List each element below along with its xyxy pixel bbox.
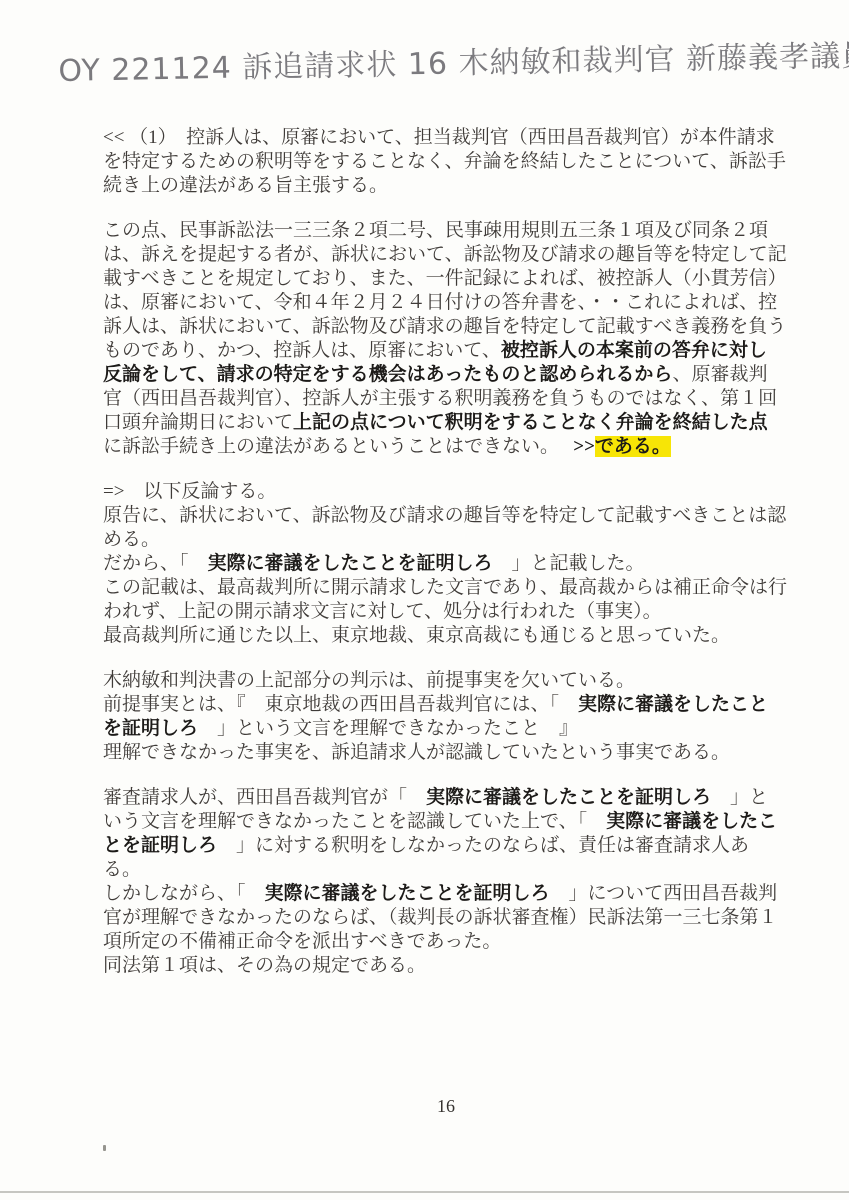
text-line: この点、民事訴訟法一三三条２項二号、民事疎用規則五三条１項及び同条２項: [103, 219, 809, 243]
text-line: しかしながら、「 実際に審議をしたことを証明しろ 」について西田昌吾裁判: [103, 882, 809, 906]
text-line: 反論をして、請求の特定をする機会はあったものと認められるから、原審裁判: [103, 363, 809, 387]
text-segment: 理解できなかった事実を、訴追請求人が認識していたという事実である。: [103, 742, 730, 763]
text-segment: 載すべきことを規定しており、また、一件記録によれば、被控訴人（小貫芳信）: [103, 268, 787, 289]
text-line: 同法第１項は、その為の規定である。: [103, 954, 809, 978]
text-segment: に訴訟手続き上の違法があるということはできない。: [103, 436, 573, 457]
text-segment: 審査請求人が、西田昌吾裁判官が「: [103, 787, 426, 808]
text-segment: 」に対する釈明をしなかったのならば、責任は審査請求人あ: [217, 835, 749, 856]
text-segment: 」と記載した。: [493, 553, 645, 574]
text-segment: 官が理解できなかったのならば、（裁判長の訴状審査権）民訴法第一三七条第１: [103, 907, 778, 928]
text-line: 審査請求人が、西田昌吾裁判官が「 実際に審議をしたことを証明しろ 」と: [103, 786, 809, 810]
text-segment: 前提事実とは、『 東京地裁の西田昌吾裁判官には、「: [103, 694, 578, 715]
text-line: ものであり、かつ、控訴人は、原審において、被控訴人の本案前の答弁に対し: [103, 339, 809, 363]
text-line: << （1） 控訴人は、原審において、担当裁判官（西田昌吾裁判官）が本件請求: [103, 126, 809, 150]
text-line: は、原審において、令和４年２月２４日付けの答弁書を、・・これによれば、控: [103, 291, 809, 315]
text-segment: 」と: [711, 787, 768, 808]
text-segment: は、訴えを提起する者が、訴状において、訴訟物及び請求の趣旨等を特定して記: [103, 244, 787, 265]
text-line: を証明しろ 」という文言を理解できなかったこと 』: [103, 717, 809, 741]
scanned-document-page: OY 221124 訴追請求状 16 木納敏和裁判官 新藤義孝議員 << （1）…: [0, 0, 849, 1200]
text-segment: 」という文言を理解できなかったこと 』: [198, 718, 578, 739]
paragraph: 木納敏和判決書の上記部分の判示は、前提事実を欠いている。前提事実とは、『 東京地…: [103, 669, 809, 765]
text-line: 前提事実とは、『 東京地裁の西田昌吾裁判官には、「 実際に審議をしたこと: [103, 693, 809, 717]
bold-text: を証明しろ: [103, 718, 198, 739]
scan-artifact-speck: [103, 1145, 106, 1151]
text-segment: われず、上記の開示請求文言に対して、処分は行われた（事実）。: [103, 601, 662, 622]
text-line: => 以下反論する。: [103, 480, 809, 504]
bold-text: 実際に審議をしたことを証明しろ: [208, 553, 493, 574]
text-segment: 同法第１項は、その為の規定である。: [103, 955, 426, 976]
paragraph: << （1） 控訴人は、原審において、担当裁判官（西田昌吾裁判官）が本件請求を特…: [103, 126, 809, 198]
bold-text: 実際に審議をしたことを証明しろ: [265, 883, 550, 904]
text-segment: しかしながら、「: [103, 883, 265, 904]
page-number: 16: [0, 1096, 849, 1117]
text-line: われず、上記の開示請求文言に対して、処分は行われた（事実）。: [103, 600, 809, 624]
text-segment: 口頭弁論期日において: [103, 412, 293, 433]
text-line: 官が理解できなかったのならば、（裁判長の訴状審査権）民訴法第一三七条第１: [103, 906, 809, 930]
text-segment: この記載は、最高裁判所に開示請求した文言であり、最高裁からは補正命令は行: [103, 577, 787, 598]
text-line: 口頭弁論期日において上記の点について釈明をすることなく弁論を終結した点: [103, 411, 809, 435]
text-segment: は、原審において、令和４年２月２４日付けの答弁書を、・・これによれば、控: [103, 292, 777, 313]
text-line: 訴人は、訴状において、訴訟物及び請求の趣旨を特定して記載すべき義務を負う: [103, 315, 809, 339]
text-line: 載すべきことを規定しており、また、一件記録によれば、被控訴人（小貫芳信）: [103, 267, 809, 291]
bold-text: >>: [573, 436, 595, 457]
text-line: 続き上の違法がある旨主張する。: [103, 174, 809, 198]
text-segment: 最高裁判所に通じた以上、東京地裁、東京高裁にも通じると思っていた。: [103, 625, 730, 646]
text-segment: 訴人は、訴状において、訴訟物及び請求の趣旨を特定して記載すべき義務を負う: [103, 316, 786, 337]
text-line: 理解できなかった事実を、訴追請求人が認識していたという事実である。: [103, 741, 809, 765]
text-line: とを証明しろ 」に対する釈明をしなかったのならば、責任は審査請求人あ: [103, 834, 809, 858]
text-line: 原告に、訴状において、訴訟物及び請求の趣旨等を特定して記載すべきことは認: [103, 504, 809, 528]
scan-edge-line: [0, 1191, 849, 1193]
text-line: める。: [103, 528, 809, 552]
bold-text: 反論をして、請求の特定をする機会はあったものと認められるから: [103, 364, 672, 385]
text-segment: いう文言を理解できなかったことを認識していた上で、「: [103, 811, 606, 832]
bold-text: 上記の点について釈明をすることなく弁論を終結した点: [293, 412, 768, 433]
bold-text: 実際に審議をしたこと: [578, 694, 768, 715]
text-segment: を特定するための釈明等をすることなく、弁論を終結したことについて、訴訟手: [103, 151, 786, 172]
text-segment: 項所定の不備補正命令を派出すべきであった。: [103, 931, 501, 952]
bold-text: 実際に審議をしたことを証明しろ: [426, 787, 711, 808]
text-line: 官（西田昌吾裁判官）、控訴人が主張する釈明義務を負うものではなく、第１回: [103, 387, 809, 411]
text-line: 木納敏和判決書の上記部分の判示は、前提事実を欠いている。: [103, 669, 809, 693]
bold-text: とを証明しろ: [103, 835, 217, 856]
text-segment: 原告に、訴状において、訴訟物及び請求の趣旨等を特定して記載すべきことは認: [103, 505, 786, 526]
document-body: << （1） 控訴人は、原審において、担当裁判官（西田昌吾裁判官）が本件請求を特…: [103, 126, 809, 999]
text-line: 項所定の不備補正命令を派出すべきであった。: [103, 930, 809, 954]
text-segment: この点、民事訴訟法一三三条２項二号、民事疎用規則五三条１項及び同条２項: [103, 220, 768, 241]
text-segment: << （1） 控訴人は、原審において、担当裁判官（西田昌吾裁判官）が本件請求: [103, 127, 775, 148]
text-segment: 、原審裁判: [672, 364, 767, 385]
text-line: は、訴えを提起する者が、訴状において、訴訟物及び請求の趣旨等を特定して記: [103, 243, 809, 267]
bold-text: 実際に審議をしたこ: [606, 811, 777, 832]
text-segment: 続き上の違法がある旨主張する。: [103, 175, 388, 196]
text-segment: 木納敏和判決書の上記部分の判示は、前提事実を欠いている。: [103, 670, 635, 691]
highlighted-text: である。: [595, 436, 671, 457]
text-line: に訴訟手続き上の違法があるということはできない。 >>である。: [103, 435, 809, 459]
handwritten-annotation: OY 221124 訴追請求状 16 木納敏和裁判官 新藤義孝議員: [58, 31, 843, 90]
text-segment: る。: [103, 859, 141, 880]
text-segment: => 以下反論する。: [103, 481, 276, 502]
text-line: を特定するための釈明等をすることなく、弁論を終結したことについて、訴訟手: [103, 150, 809, 174]
paragraph: この点、民事訴訟法一三三条２項二号、民事疎用規則五三条１項及び同条２項は、訴えを…: [103, 219, 809, 459]
bold-text: 被控訴人の本案前の答弁に対し: [501, 340, 767, 361]
text-segment: める。: [103, 529, 160, 550]
paragraph: => 以下反論する。原告に、訴状において、訴訟物及び請求の趣旨等を特定して記載す…: [103, 480, 809, 648]
text-line: この記載は、最高裁判所に開示請求した文言であり、最高裁からは補正命令は行: [103, 576, 809, 600]
text-line: る。: [103, 858, 809, 882]
text-segment: だから、「: [103, 553, 208, 574]
text-segment: 官（西田昌吾裁判官）、控訴人が主張する釈明義務を負うものではなく、第１回: [103, 388, 777, 409]
text-segment: ものであり、かつ、控訴人は、原審において、: [103, 340, 501, 361]
text-segment: 」について西田昌吾裁判: [550, 883, 778, 904]
paragraph: 審査請求人が、西田昌吾裁判官が「 実際に審議をしたことを証明しろ 」という文言を…: [103, 786, 809, 978]
text-line: いう文言を理解できなかったことを認識していた上で、「 実際に審議をしたこ: [103, 810, 809, 834]
text-line: だから、「 実際に審議をしたことを証明しろ 」と記載した。: [103, 552, 809, 576]
text-line: 最高裁判所に通じた以上、東京地裁、東京高裁にも通じると思っていた。: [103, 624, 809, 648]
